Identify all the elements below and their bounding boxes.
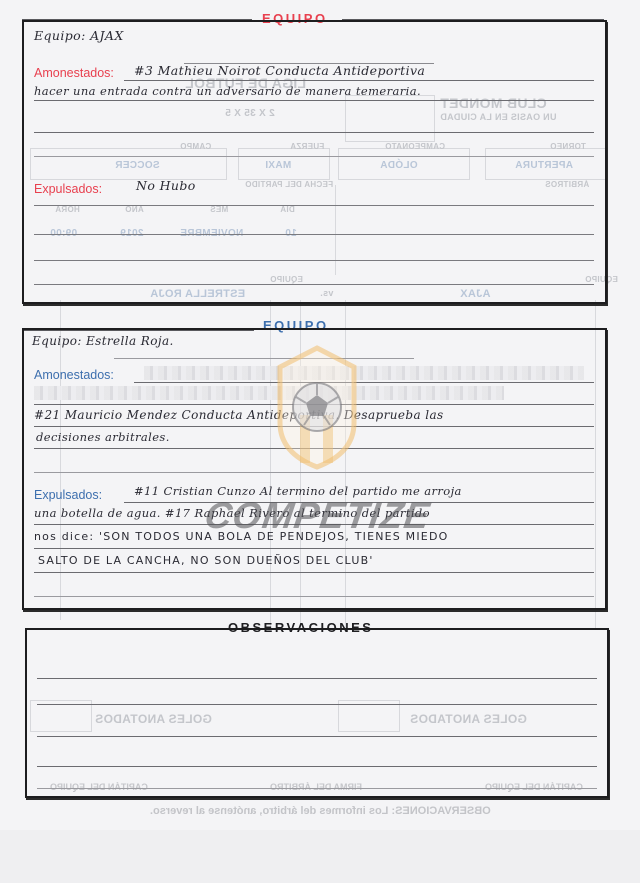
ghost-footer-note: OBSERVACIONES: Los informes del árbitro,… (150, 805, 491, 817)
team-2-name: Equipo: Estrella Roja. (32, 334, 174, 348)
observaciones-line-3 (37, 736, 597, 737)
scan-bottom-margin (0, 830, 640, 883)
team-1-name: Equipo: AJAX (34, 28, 124, 43)
competize-watermark: COMPETIZE (202, 495, 433, 537)
section-observaciones (25, 628, 609, 798)
expulsados-text-1: No Hubo (136, 178, 196, 193)
rule (34, 205, 594, 206)
redacted-line-2 (34, 386, 504, 400)
amonestados-label-2: Amonestados: (34, 368, 114, 382)
club-shield-logo-icon (276, 345, 358, 470)
rule (34, 284, 594, 285)
expulsados-line-2d: SALTO DE LA CANCHA, NO SON DUEÑOS DEL CL… (38, 554, 374, 567)
amonestados-label-1: Amonestados: (34, 66, 114, 80)
observaciones-line-5 (37, 788, 597, 789)
amonestados-line-2a: #21 Mauricio Mendez Conducta Antideporti… (34, 408, 444, 422)
observaciones-line-4 (37, 766, 597, 767)
rule (34, 260, 594, 261)
observaciones-line-2 (37, 704, 597, 705)
rule (34, 156, 594, 157)
rule (34, 572, 594, 573)
rule (34, 132, 594, 133)
rule (134, 382, 594, 383)
rule (124, 80, 594, 81)
rule (34, 234, 594, 235)
amonestados-line-1b: hacer una entrada contra un adversario d… (34, 84, 421, 98)
expulsados-label-2: Expulsados: (34, 488, 102, 502)
rule (34, 548, 594, 549)
redacted-line-1 (144, 366, 584, 380)
rule (114, 358, 414, 359)
expulsados-label-1: Expulsados: (34, 182, 102, 196)
section-team-1: Equipo: AJAX Amonestados: #3 Mathieu Noi… (22, 20, 607, 304)
rule (34, 100, 594, 101)
scanned-page: CLUB MONDET UN OASIS EN LA CIUDAD LIGA D… (0, 0, 640, 830)
observaciones-line-1 (37, 678, 597, 679)
rule (34, 472, 594, 473)
amonestados-line-1a: #3 Mathieu Noirot Conducta Antideportiva (134, 63, 425, 78)
amonestados-line-2b: decisiones arbitrales. (36, 430, 170, 444)
rule (34, 596, 594, 597)
